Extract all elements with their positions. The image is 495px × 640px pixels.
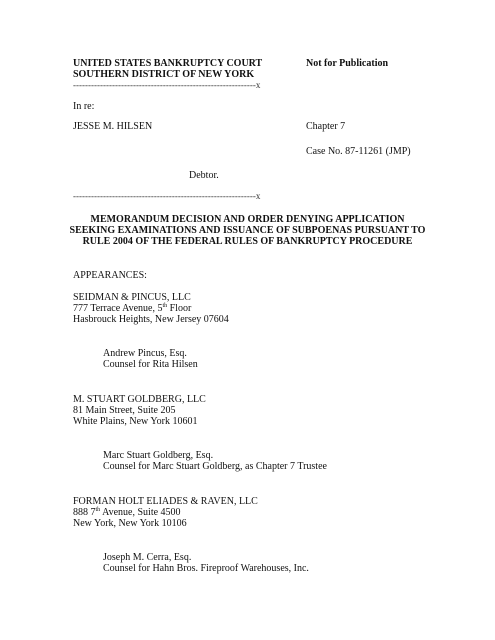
attorney-role: Counsel for Rita Hilsen bbox=[103, 359, 198, 371]
firm-name: M. STUART GOLDBERG, LLC bbox=[73, 394, 206, 406]
caption-rule-top: ----------------------------------------… bbox=[73, 80, 260, 92]
court-name-line1: UNITED STATES BANKRUPTCY COURT bbox=[73, 58, 262, 70]
case-number: Case No. 87-11261 (JMP) bbox=[306, 146, 411, 158]
firm-address: 81 Main Street, Suite 205 bbox=[73, 405, 176, 417]
debtor-name: JESSE M. HILSEN bbox=[73, 121, 152, 133]
firm-name: SEIDMAN & PINCUS, LLC bbox=[73, 292, 191, 304]
title-line3: RULE 2004 OF THE FEDERAL RULES OF BANKRU… bbox=[60, 236, 435, 248]
attorney-name: Andrew Pincus, Esq. bbox=[103, 348, 187, 360]
firm-address: 777 Terrace Avenue, 5th Floor bbox=[73, 303, 191, 315]
appearances-heading: APPEARANCES: bbox=[73, 270, 147, 282]
firm-city: New York, New York 10106 bbox=[73, 518, 187, 530]
caption-rule-bottom: ----------------------------------------… bbox=[73, 191, 260, 203]
firm-city: White Plains, New York 10601 bbox=[73, 416, 197, 428]
publication-status: Not for Publication bbox=[306, 58, 388, 70]
attorney-name: Marc Stuart Goldberg, Esq. bbox=[103, 450, 213, 462]
firm-address: 888 7th Avenue, Suite 4500 bbox=[73, 507, 181, 519]
in-re-label: In re: bbox=[73, 101, 94, 113]
firm-city: Hasbrouck Heights, New Jersey 07604 bbox=[73, 314, 229, 326]
attorney-role: Counsel for Marc Stuart Goldberg, as Cha… bbox=[103, 461, 327, 473]
chapter-label: Chapter 7 bbox=[306, 121, 345, 133]
title-line1: MEMORANDUM DECISION AND ORDER DENYING AP… bbox=[60, 214, 435, 226]
attorney-name: Joseph M. Cerra, Esq. bbox=[103, 552, 191, 564]
court-name-line2: SOUTHERN DISTRICT OF NEW YORK bbox=[73, 69, 254, 81]
firm-name: FORMAN HOLT ELIADES & RAVEN, LLC bbox=[73, 496, 258, 508]
title-line2: SEEKING EXAMINATIONS AND ISSUANCE OF SUB… bbox=[60, 225, 435, 237]
attorney-role: Counsel for Hahn Bros. Fireproof Warehou… bbox=[103, 563, 309, 575]
debtor-label: Debtor. bbox=[189, 170, 219, 182]
